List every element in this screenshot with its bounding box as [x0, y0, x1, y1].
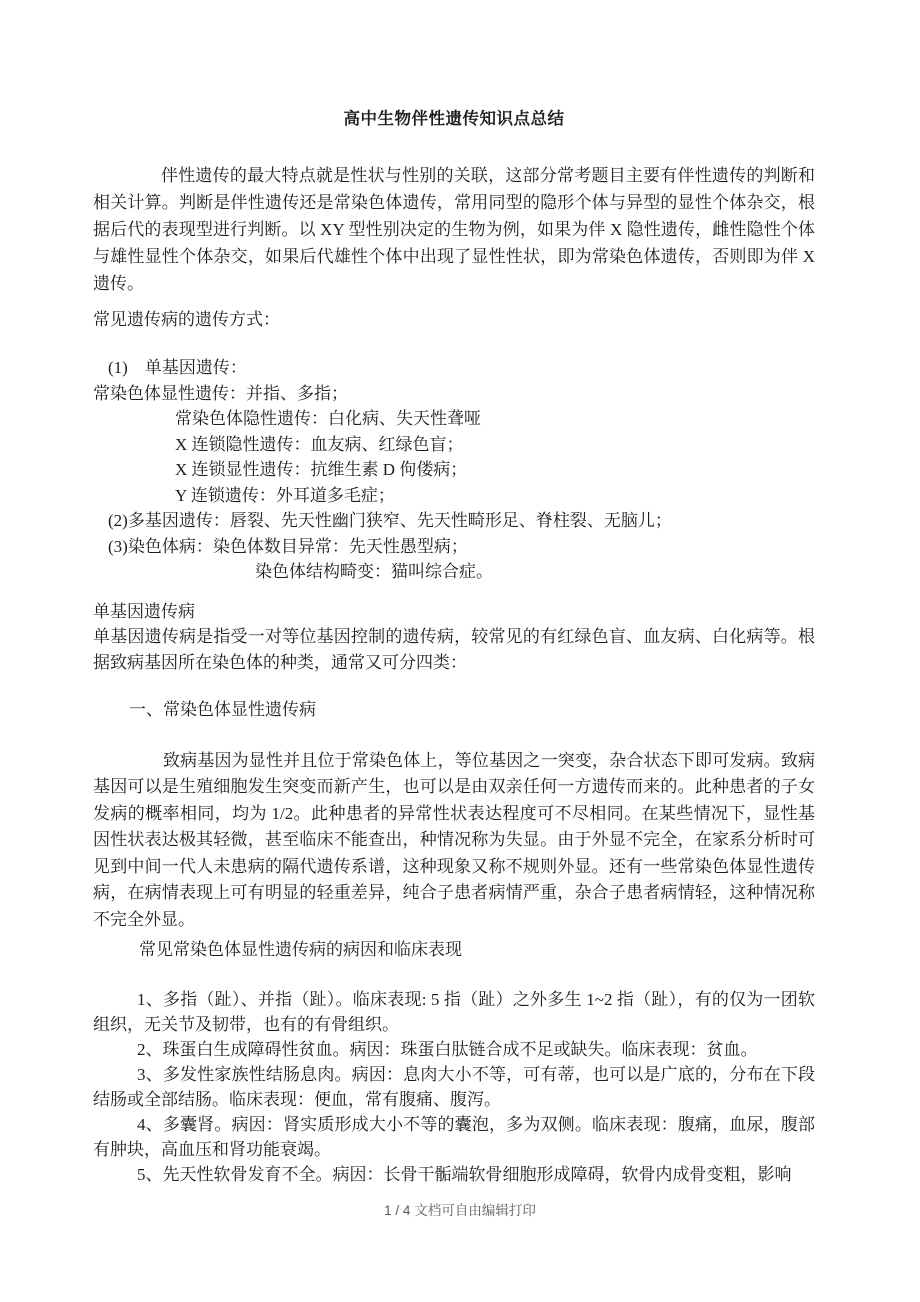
list-item: (1) 单基因遗传：	[93, 355, 815, 381]
footer-note: 文档可自由编辑打印	[412, 1203, 538, 1218]
section-one-paragraph: 致病基因为显性并且位于常染色体上，等位基因之一突变，杂合状态下即可发病。致病基因…	[93, 748, 815, 934]
page-title: 高中生物伴性遗传知识点总结	[93, 106, 815, 132]
list-item: 5、先天性软骨发育不全。病因：长骨干骺端软骨细胞形成障碍，软骨内成骨变粗，影响	[93, 1162, 815, 1187]
list-item: 4、多囊肾。病因：肾实质形成大小不等的囊泡，多为双侧。临床表现：腹痛，血尿，腹部…	[93, 1112, 815, 1162]
list-item: (2)多基因遗传：唇裂、先天性幽门狭窄、先天性畸形足、脊柱裂、无脑儿；	[93, 508, 815, 534]
list-item: Y 连锁遗传：外耳道多毛症；	[93, 483, 815, 509]
monogenic-paragraph: 单基因遗传病是指受一对等位基因控制的遗传病，较常见的有红绿色盲、血友病、白化病等…	[93, 624, 815, 675]
list-item: (3)染色体病：染色体数目异常：先天性愚型病；	[93, 534, 815, 560]
list-item: 2、珠蛋白生成障碍性贫血。病因：珠蛋白肽链合成不足或缺失。临床表现：贫血。	[93, 1037, 815, 1062]
page-footer: 1 / 4文档可自由编辑打印	[0, 1202, 920, 1219]
list-item: 1、多指（趾）、并指（趾）。临床表现: 5 指（趾）之外多生 1~2 指（趾），…	[93, 987, 815, 1037]
inheritance-modes-list: (1) 单基因遗传： 常染色体显性遗传：并指、多指； 常染色体隐性遗传：白化病、…	[93, 355, 815, 585]
document-body: 高中生物伴性遗传知识点总结 伴性遗传的最大特点就是性状与性别的关联，这部分常考题…	[93, 0, 815, 1187]
footer-page-number: 1 / 4	[382, 1203, 412, 1218]
clinical-list: 1、多指（趾）、并指（趾）。临床表现: 5 指（趾）之外多生 1~2 指（趾），…	[93, 987, 815, 1187]
monogenic-heading: 单基因遗传病	[93, 599, 815, 625]
list-item: X 连锁隐性遗传：血友病、红绿色盲；	[93, 432, 815, 458]
list-item: X 连锁显性遗传：抗维生素 D 佝偻病；	[93, 457, 815, 483]
document-page: 高中生物伴性遗传知识点总结 伴性遗传的最大特点就是性状与性别的关联，这部分常考题…	[0, 0, 920, 1302]
intro-paragraph: 伴性遗传的最大特点就是性状与性别的关联，这部分常考题目主要有伴性遗传的判断和相关…	[93, 162, 815, 297]
list-item: 染色体结构畸变：猫叫综合症。	[93, 559, 815, 585]
list-item: 3、多发性家族性结肠息肉。病因：息肉大小不等，可有蒂，也可以是广底的，分布在下段…	[93, 1062, 815, 1112]
list-item: 常染色体显性遗传：并指、多指；	[93, 381, 815, 407]
clinical-heading: 常见常染色体显性遗传病的病因和临床表现	[93, 937, 815, 963]
list-item: 常染色体隐性遗传：白化病、失天性聋哑	[93, 406, 815, 432]
inheritance-modes-heading: 常见遗传病的遗传方式：	[93, 307, 815, 333]
section-one-heading: 一、常染色体显性遗传病	[93, 697, 815, 723]
